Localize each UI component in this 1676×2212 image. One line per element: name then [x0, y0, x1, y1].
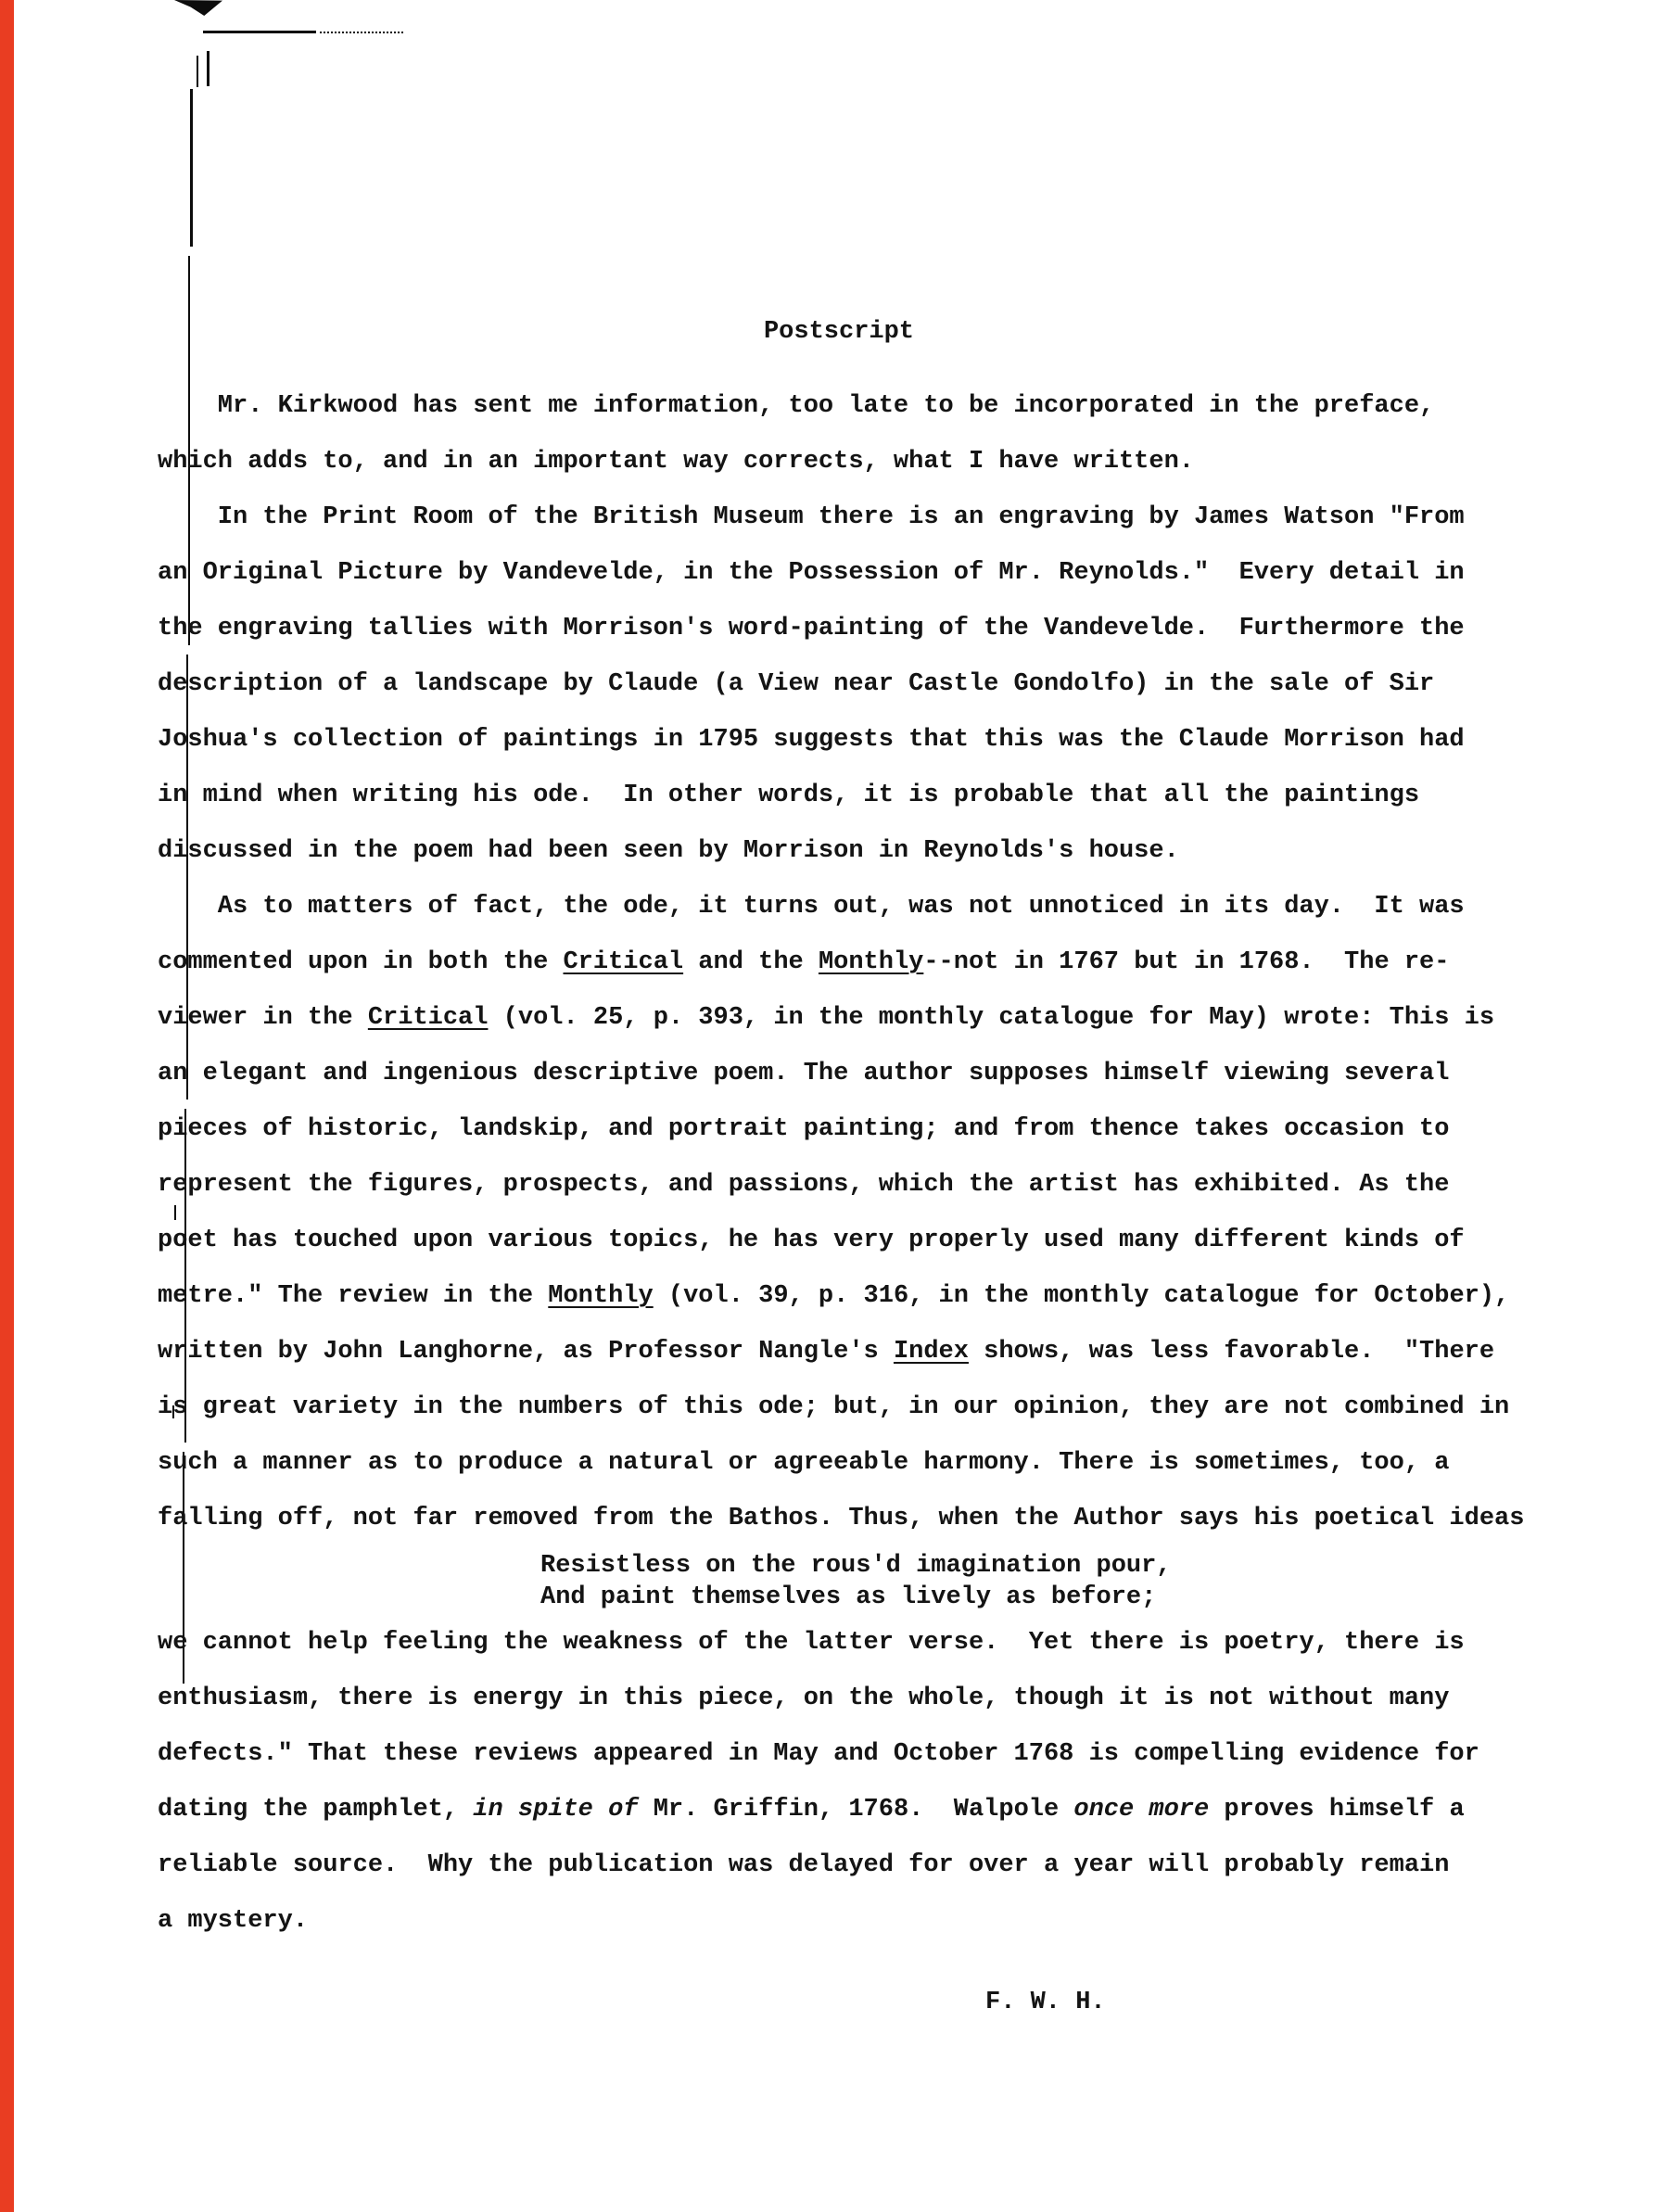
- text-segment: which adds to, and in an important way c…: [158, 448, 1194, 476]
- text-segment: commented upon in both the: [158, 948, 563, 976]
- stray-horizontal-line: [203, 31, 316, 33]
- text-segment: (vol. 25, p. 393, in the monthly catalog…: [488, 1004, 1494, 1032]
- text-segment: Mr. Griffin, 1768. Walpole: [639, 1796, 1074, 1824]
- text-segment: falling off, not far removed from the Ba…: [158, 1505, 1524, 1532]
- text-line: written by John Langhorne, as Professor …: [158, 1324, 1567, 1379]
- author-initials: F. W. H.: [158, 1975, 1567, 2030]
- text-segment: Joshua's collection of paintings in 1795…: [158, 726, 1465, 754]
- text-line: Joshua's collection of paintings in 1795…: [158, 712, 1567, 768]
- text-segment: As to matters of fact, the ode, it turns…: [158, 893, 1465, 921]
- text-line: discussed in the poem had been seen by M…: [158, 823, 1567, 879]
- text-segment: (vol. 39, p. 316, in the monthly catalog…: [654, 1282, 1510, 1310]
- underlined-text: Critical: [368, 1004, 489, 1032]
- text-line: represent the figures, prospects, and pa…: [158, 1157, 1567, 1213]
- verse-line: Resistless on the rous'd imagination pou…: [540, 1550, 1567, 1582]
- pen-arrow-mark: [174, 0, 222, 16]
- text-segment: discussed in the poem had been seen by M…: [158, 837, 1179, 865]
- text-segment: written by John Langhorne, as Professor …: [158, 1338, 894, 1366]
- text-line: is great variety in the numbers of this …: [158, 1379, 1567, 1435]
- text-line: such a manner as to produce a natural or…: [158, 1435, 1567, 1491]
- text-segment: In the Print Room of the British Museum …: [158, 503, 1465, 531]
- underlined-text: Monthly: [819, 948, 923, 976]
- text-segment: an Original Picture by Vandevelde, in th…: [158, 559, 1465, 587]
- stray-dotted-line: [320, 32, 403, 33]
- text-line: description of a landscape by Claude (a …: [158, 656, 1567, 712]
- text-segment: is great variety in the numbers of this …: [158, 1393, 1509, 1421]
- text-segment: we cannot help feeling the weakness of t…: [158, 1629, 1465, 1657]
- page-title: Postscript: [158, 313, 1520, 350]
- underlined-text: Critical: [563, 948, 683, 976]
- text-segment: enthusiasm, there is energy in this piec…: [158, 1684, 1449, 1712]
- text-segment: the engraving tallies with Morrison's wo…: [158, 615, 1465, 642]
- text-segment: Mr. Kirkwood has sent me information, to…: [158, 392, 1434, 420]
- margin-line-segment: [190, 89, 193, 247]
- text-segment: description of a landscape by Claude (a …: [158, 670, 1434, 698]
- text-segment: an elegant and ingenious descriptive poe…: [158, 1060, 1449, 1087]
- text-segment: poet has touched upon various topics, he…: [158, 1227, 1465, 1254]
- underlined-text: Index: [894, 1338, 969, 1366]
- text-segment: shows, was less favorable. "There: [969, 1338, 1494, 1366]
- underlined-text: Monthly: [548, 1282, 653, 1310]
- text-line: dating the pamphlet, in spite of Mr. Gri…: [158, 1782, 1567, 1837]
- margin-line-segment: [207, 51, 209, 86]
- text-line: in mind when writing his ode. In other w…: [158, 768, 1567, 823]
- text-segment: reliable source. Why the publication was…: [158, 1851, 1449, 1879]
- text-line: defects." That these reviews appeared in…: [158, 1726, 1567, 1782]
- text-segment: pieces of historic, landskip, and portra…: [158, 1115, 1449, 1143]
- text-line: pieces of historic, landskip, and portra…: [158, 1101, 1567, 1157]
- italic-text: in spite of: [473, 1796, 638, 1824]
- text-line: a mystery.: [158, 1893, 1567, 1949]
- quoted-verse: Resistless on the rous'd imagination pou…: [158, 1550, 1567, 1613]
- italic-text: once more: [1073, 1796, 1209, 1824]
- text-line: poet has touched upon various topics, he…: [158, 1213, 1567, 1268]
- text-line: an elegant and ingenious descriptive poe…: [158, 1046, 1567, 1101]
- text-line: Mr. Kirkwood has sent me information, to…: [158, 378, 1567, 434]
- text-segment: a mystery.: [158, 1907, 308, 1935]
- text-line: viewer in the Critical (vol. 25, p. 393,…: [158, 990, 1567, 1046]
- text-line: falling off, not far removed from the Ba…: [158, 1491, 1567, 1546]
- document-body: Mr. Kirkwood has sent me information, to…: [158, 378, 1567, 2030]
- scanner-edge-strip: [0, 0, 14, 2212]
- margin-line-segment: [197, 56, 198, 87]
- text-line: we cannot help feeling the weakness of t…: [158, 1615, 1567, 1671]
- text-segment: --not in 1767 but in 1768. The re-: [923, 948, 1449, 976]
- text-segment: defects." That these reviews appeared in…: [158, 1740, 1479, 1768]
- text-segment: in mind when writing his ode. In other w…: [158, 782, 1419, 809]
- text-line: which adds to, and in an important way c…: [158, 434, 1567, 489]
- text-segment: represent the figures, prospects, and pa…: [158, 1171, 1449, 1199]
- text-segment: such a manner as to produce a natural or…: [158, 1449, 1449, 1477]
- verse-line: And paint themselves as lively as before…: [540, 1582, 1567, 1613]
- text-segment: viewer in the: [158, 1004, 368, 1032]
- text-line: In the Print Room of the British Museum …: [158, 489, 1567, 545]
- text-segment: proves himself a: [1209, 1796, 1464, 1824]
- text-line: an Original Picture by Vandevelde, in th…: [158, 545, 1567, 601]
- text-segment: dating the pamphlet,: [158, 1796, 473, 1824]
- text-line: As to matters of fact, the ode, it turns…: [158, 879, 1567, 934]
- text-line: metre." The review in the Monthly (vol. …: [158, 1268, 1567, 1324]
- text-line: enthusiasm, there is energy in this piec…: [158, 1671, 1567, 1726]
- text-segment: and the: [683, 948, 819, 976]
- text-line: the engraving tallies with Morrison's wo…: [158, 601, 1567, 656]
- text-segment: metre." The review in the: [158, 1282, 548, 1310]
- text-line: reliable source. Why the publication was…: [158, 1837, 1567, 1893]
- text-line: commented upon in both the Critical and …: [158, 934, 1567, 990]
